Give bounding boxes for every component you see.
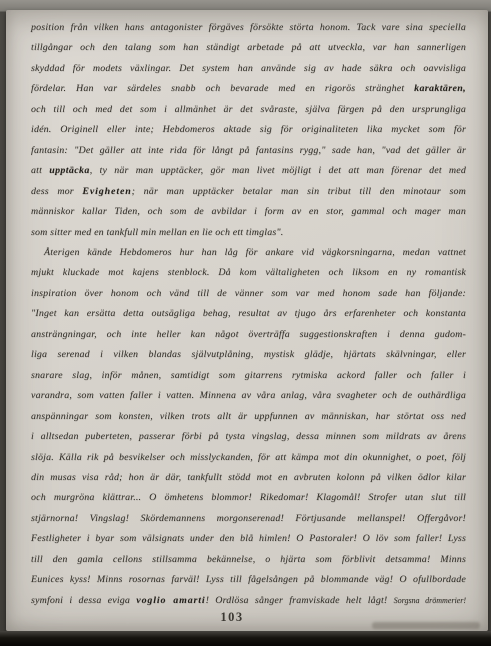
text-line: dess mor Evigheten; när man upptäcker be… <box>31 182 466 202</box>
text-line: skyddad för modets växlingar. Det system… <box>31 59 466 79</box>
text-line: stjärnorna! Vingslag! Skördemannens morg… <box>31 509 466 529</box>
text-line: symfoni i dessa eviga voglio amarti! Ord… <box>31 591 466 611</box>
text-line: snarare slag, inför månen, samtidigt som… <box>31 366 466 386</box>
text-line: mjukt kluckade mot kajens stenblock. Då … <box>31 263 466 283</box>
text-line: människor kallar Tiden, och som de avbil… <box>31 202 466 222</box>
text-line: i alltsedan puberteten, passerar förbi p… <box>31 427 466 447</box>
text-line: Festligheter i byar som välsignats under… <box>31 529 466 549</box>
text-line: varandra, som vatten faller i vatten. Mi… <box>31 386 466 406</box>
text-line: liga serenad i vilken blandas självutplå… <box>31 345 466 365</box>
text-line: slöja. Källa rik på besvikelser och miss… <box>31 448 466 468</box>
scanned-page: position från vilken hans antagonister f… <box>0 0 491 646</box>
text-line: som sitter med en tankfull min mellan en… <box>31 223 466 243</box>
text-line: och till och med det som i allmänhet är … <box>31 100 466 120</box>
text-line: Eunices kyss! Minns rosornas farväl! Lys… <box>31 570 466 590</box>
text-line: Återigen kände Hebdomeros hur han låg fö… <box>31 243 466 263</box>
text-line: idén. Originell eller inte; Hebdomeros a… <box>31 120 466 140</box>
scan-smudge <box>372 622 480 629</box>
text-line: tillgångar och den talang som han ständi… <box>31 38 466 58</box>
text-line: position från vilken hans antagonister f… <box>31 18 466 38</box>
text-line: din musas visa råd; hon är där, tankfull… <box>31 468 466 488</box>
text-line: inspiration över honom och vänd till de … <box>31 284 466 304</box>
text-line: till den gamla cellons stillsamma bekänn… <box>31 550 466 570</box>
text-line: ansträngningar, och inte heller kan någo… <box>31 325 466 345</box>
text-line: anspänningar som konsten, vilken trots a… <box>31 407 466 427</box>
text-line: fördelar. Han var särdeles snabb och bev… <box>31 79 466 99</box>
text-line: fantasin: "Det gäller att inte rida för … <box>31 141 466 161</box>
text-line: "Inget kan ersätta detta outsägliga beha… <box>31 304 466 324</box>
body-text: position från vilken hans antagonister f… <box>31 18 466 611</box>
text-line: och murgröna klättrar... O ömhetens blom… <box>31 488 466 508</box>
paper: position från vilken hans antagonister f… <box>6 10 488 631</box>
text-line: att upptäcka, ty när man upptäcker, gör … <box>31 161 466 181</box>
